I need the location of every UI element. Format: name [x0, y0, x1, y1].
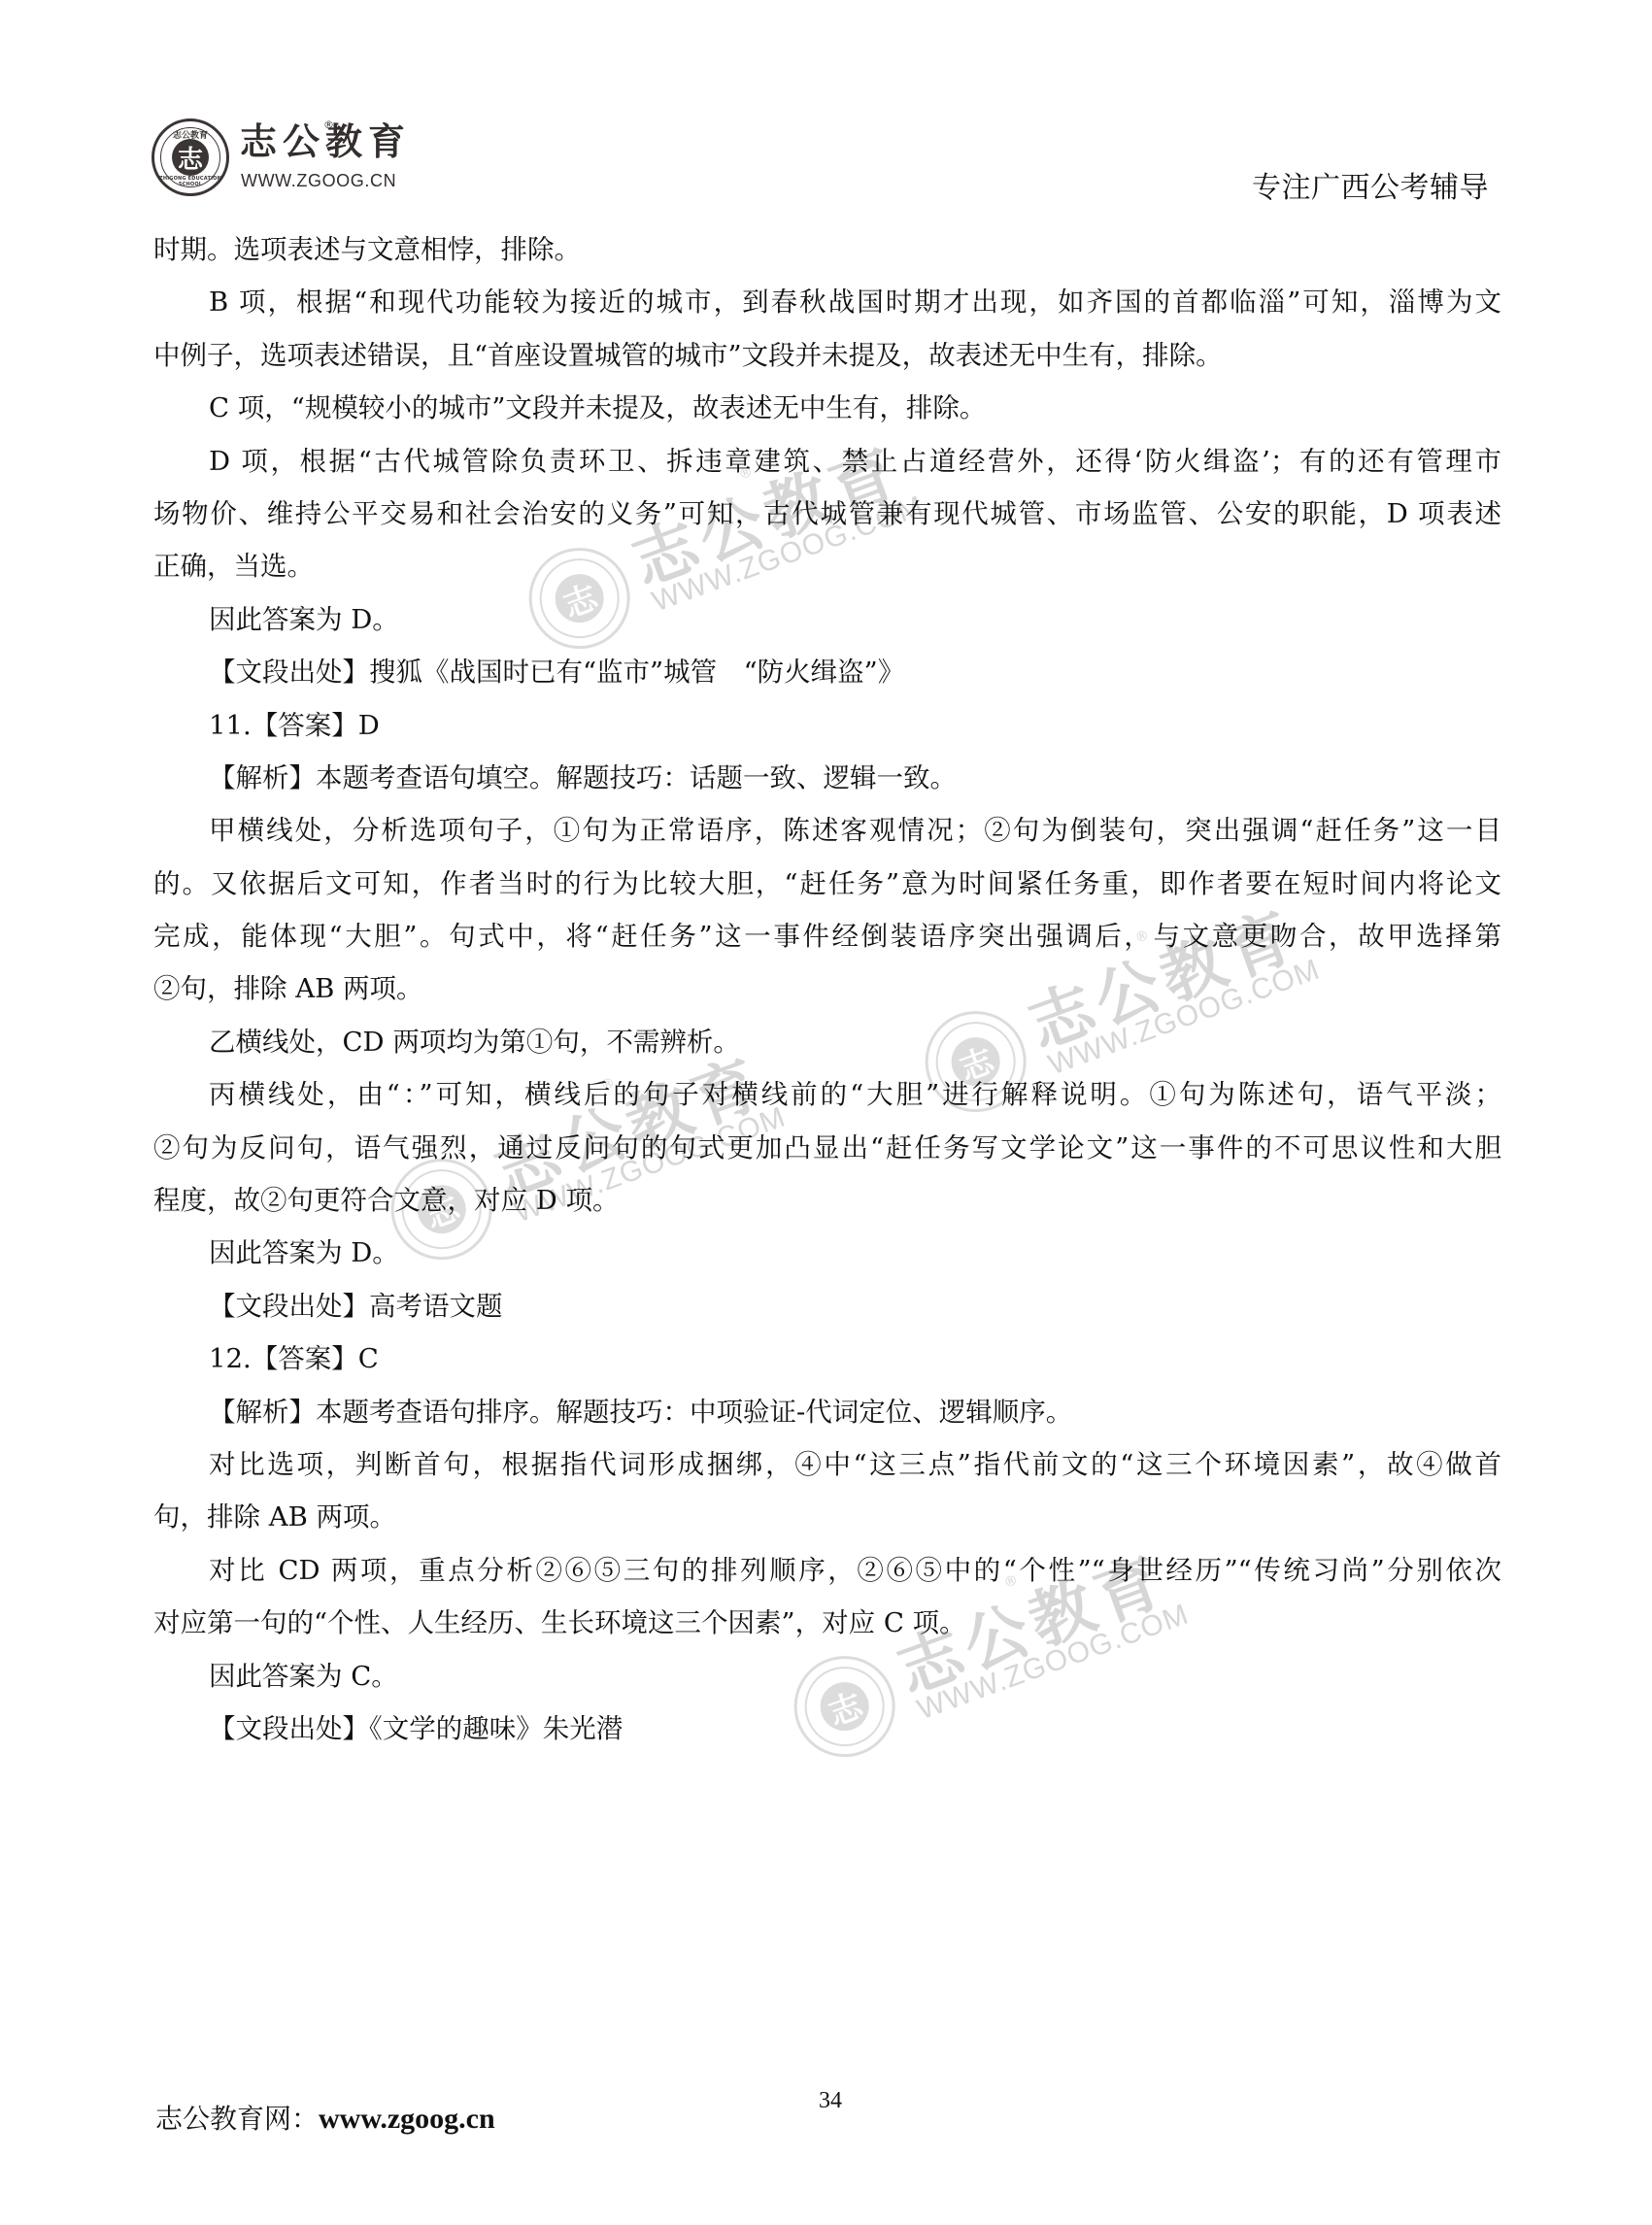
- text-line: B 项，根据“和现代功能较为接近的城市，到春秋战国时期才出现，如齐国的首都临淄”…: [153, 286, 1501, 338]
- text-line: 甲横线处，分析选项句子，①句为正常语序，陈述客观情况；②句为倒装句，突出强调“赶…: [153, 814, 1501, 866]
- text-line: ②句为反问句，语气强烈，通过反问句的句式更加凸显出“赶任务写文学论文”这一事件的…: [153, 1131, 1501, 1184]
- text-line: 的。又依据后文可知，作者当时的行为比较大胆，“赶任务”意为时间紧任务重，即作者要…: [153, 867, 1501, 920]
- text-line: 对比选项，判断首句，根据指代词形成捆绑，④中“这三点”指代前文的“这三个环境因素…: [153, 1448, 1501, 1500]
- text-line: 12.【答案】C: [153, 1342, 1501, 1395]
- text-line: 场物价、维持公平交易和社会治安的义务”可知，古代城管兼有现代城管、市场监管、公安…: [153, 497, 1501, 550]
- text-line: 句，排除 AB 两项。: [153, 1500, 1501, 1553]
- text-line: 完成，能体现“大胆”。句式中，将“赶任务”这一事件经倒装语序突出强调后，与文意更…: [153, 920, 1501, 972]
- text-line: 对比 CD 两项，重点分析②⑥⑤三句的排列顺序，②⑥⑤中的“个性”“身世经历”“…: [153, 1554, 1501, 1606]
- document-body: 时期。选项表述与文意相悖，排除。B 项，根据“和现代功能较为接近的城市，到春秋战…: [153, 233, 1501, 1765]
- text-line: 因此答案为 D。: [153, 603, 1501, 656]
- text-line: 中例子，选项表述错误，且“首座设置城管的城市”文段并未提及，故表述无中生有，排除…: [153, 339, 1501, 391]
- text-line: 11.【答案】D: [153, 709, 1501, 761]
- text-line: C 项，“规模较小的城市”文段并未提及，故表述无中生有，排除。: [153, 391, 1501, 444]
- text-line: 【文段出处】搜狐《战国时已有“监市”城管 “防火缉盗”》: [153, 656, 1501, 708]
- text-line: 程度，故②句更符合文意，对应 D 项。: [153, 1184, 1501, 1236]
- footer-site-url[interactable]: www.zgoog.cn: [319, 2103, 495, 2135]
- text-line: ②句，排除 AB 两项。: [153, 972, 1501, 1025]
- text-line: 【文段出处】《文学的趣味》朱光潜: [153, 1712, 1501, 1765]
- text-line: 对应第一句的“个性、人生经历、生长环境这三个因素”，对应 C 项。: [153, 1606, 1501, 1659]
- text-line: 乙横线处，CD 两项均为第①句，不需辨析。: [153, 1026, 1501, 1078]
- text-line: 因此答案为 D。: [153, 1236, 1501, 1289]
- text-line: 【解析】本题考查语句填空。解题技巧：话题一致、逻辑一致。: [153, 761, 1501, 814]
- header-slogan: 专注广西公考辅导: [1252, 163, 1489, 206]
- logo-emblem-bottom-text: ZHIGONG EDUCATION SCHOOL: [154, 176, 226, 187]
- text-line: 丙横线处，由“：”可知，横线后的句子对横线前的“大胆”进行解释说明。①句为陈述句…: [153, 1078, 1501, 1130]
- text-line: 因此答案为 C。: [153, 1660, 1501, 1712]
- text-line: 【解析】本题考查语句排序。解题技巧：中项验证-代词定位、逻辑顺序。: [153, 1396, 1501, 1448]
- footer-site-label: 志公教育网：: [155, 2103, 319, 2135]
- page-number: 34: [819, 2088, 842, 2114]
- logo-url: WWW.ZGOOG.CN: [241, 171, 396, 191]
- text-line: 时期。选项表述与文意相悖，排除。: [153, 233, 1501, 286]
- brand-logo: 志公教育 志 ZHIGONG EDUCATION SCHOOL 志公教育 ® W…: [152, 118, 423, 198]
- logo-emblem-glyph: 志: [172, 139, 209, 176]
- text-line: 正确，当选。: [153, 550, 1501, 602]
- footer-site: 志公教育网：www.zgoog.cn: [155, 2098, 495, 2137]
- text-line: 【文段出处】高考语文题: [153, 1290, 1501, 1342]
- text-line: D 项，根据“古代城管除负责环卫、拆违章建筑、禁止占道经营外，还得‘防火缉盗’；…: [153, 445, 1501, 497]
- registered-mark: ®: [323, 118, 334, 131]
- logo-emblem-icon: 志公教育 志 ZHIGONG EDUCATION SCHOOL: [152, 118, 229, 196]
